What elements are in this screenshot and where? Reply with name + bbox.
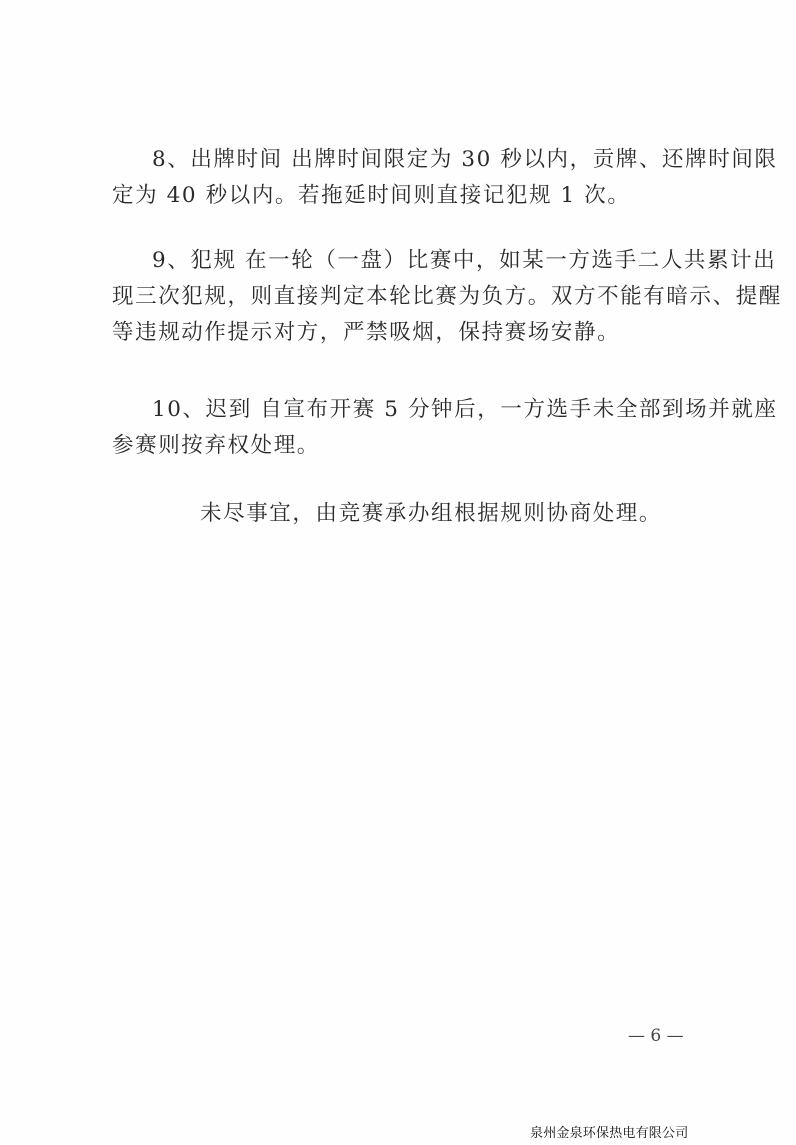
rule-9-line-3: 等违规动作提示对方，严禁吸烟，保持赛场安静。 (112, 315, 726, 351)
document-page: 8、出牌时间 出牌时间限定为 30 秒以内，贡牌、还牌时间限 定为 40 秒以内… (0, 0, 796, 1145)
rule-8-paragraph: 8、出牌时间 出牌时间限定为 30 秒以内，贡牌、还牌时间限 定为 40 秒以内… (112, 142, 726, 214)
company-watermark: 泉州金泉环保热电有限公司 (530, 1122, 688, 1141)
page-number: — 6 — (628, 1026, 684, 1046)
rule-9-line-1: 9、犯规 在一轮（一盘）比赛中，如某一方选手二人共累计出 (112, 243, 726, 279)
rule-9-line-2: 现三次犯规，则直接判定本轮比赛为负方。双方不能有暗示、提醒 (112, 279, 726, 315)
rule-10-paragraph: 10、迟到 自宣布开赛 5 分钟后，一方选手未全部到场并就座 参赛则按弃权处理。 (112, 392, 726, 464)
rule-10-line-2: 参赛则按弃权处理。 (112, 428, 726, 464)
closing-statement: 未尽事宜，由竞赛承办组根据规则协商处理。 (200, 496, 662, 527)
rule-8-line-1: 8、出牌时间 出牌时间限定为 30 秒以内，贡牌、还牌时间限 (112, 142, 726, 178)
rule-8-line-2: 定为 40 秒以内。若拖延时间则直接记犯规 1 次。 (112, 178, 726, 214)
rule-9-paragraph: 9、犯规 在一轮（一盘）比赛中，如某一方选手二人共累计出 现三次犯规，则直接判定… (112, 243, 726, 351)
rule-10-line-1: 10、迟到 自宣布开赛 5 分钟后，一方选手未全部到场并就座 (112, 392, 726, 428)
